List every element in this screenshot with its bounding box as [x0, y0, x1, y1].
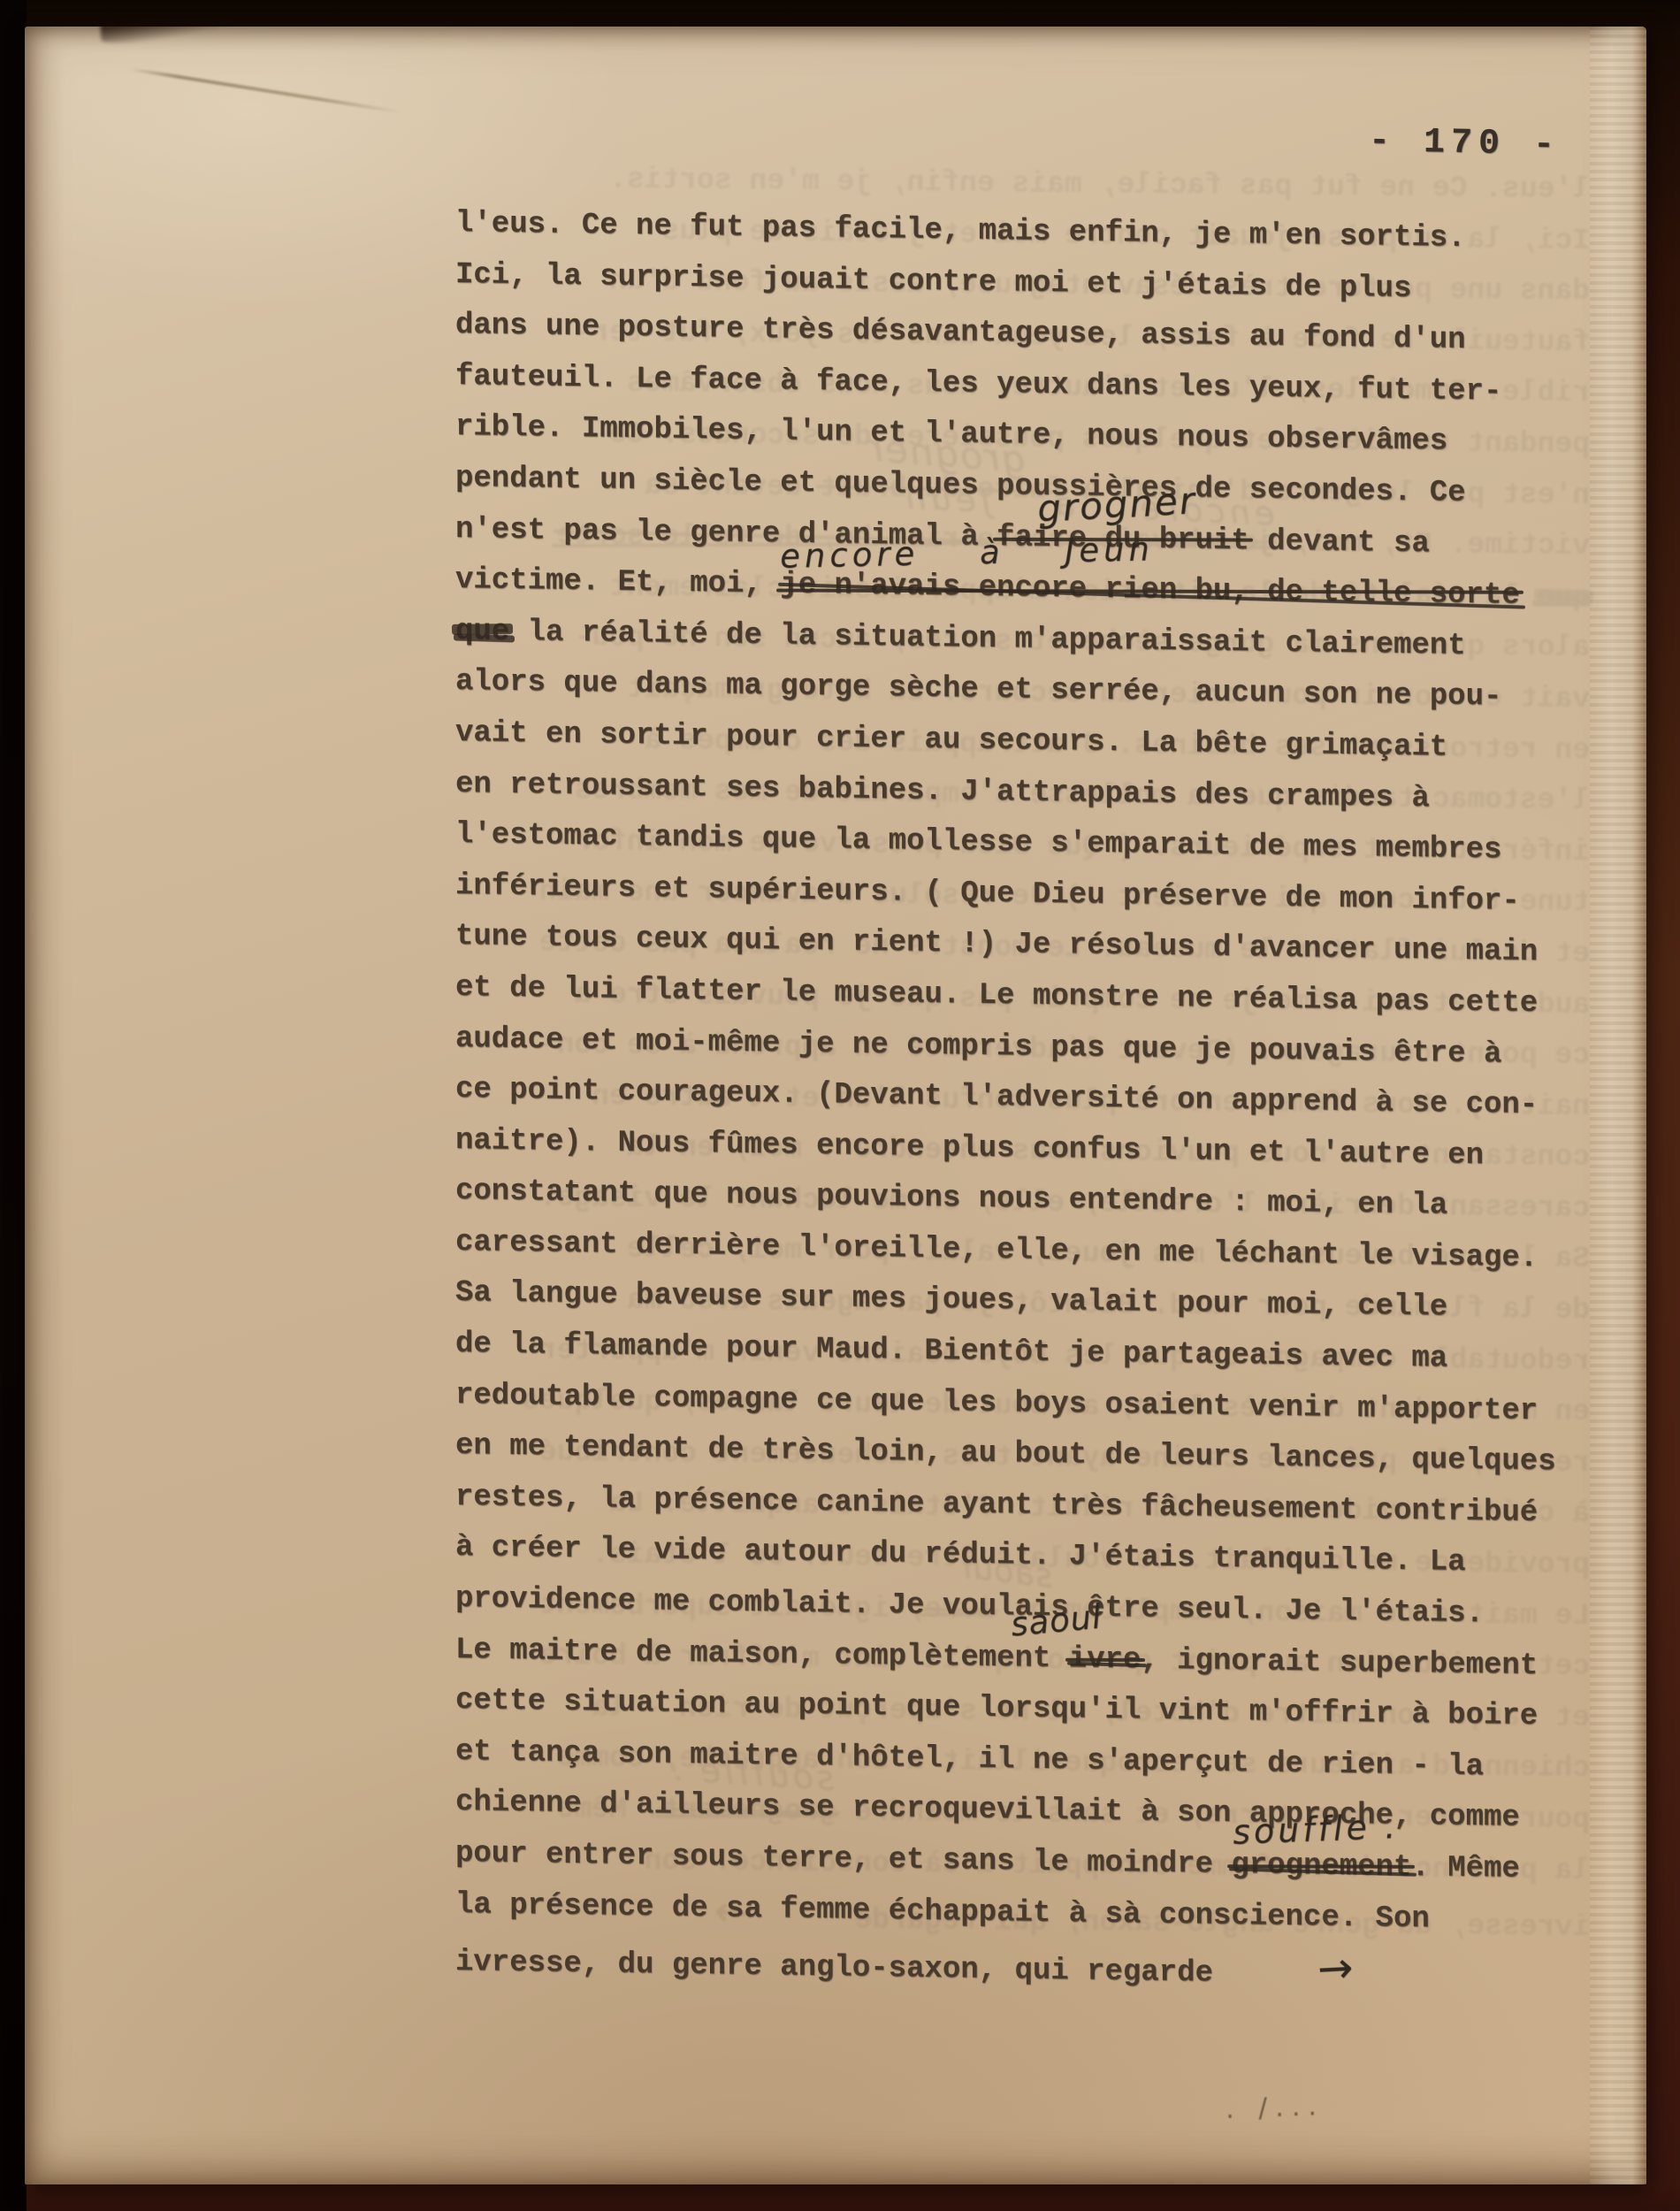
typed-text: Le maitre de maison, complètement: [455, 1633, 1069, 1676]
typed-text: et de lui flatter le museau. Le monstre …: [455, 971, 1538, 1021]
photo-background: { "manuscript": { "page_number": "- 170 …: [0, 0, 1680, 2211]
page-number: - 170 -: [1369, 122, 1562, 166]
paper-tear: [101, 18, 234, 44]
handwritten-note: souffle .: [1232, 1802, 1401, 1859]
typed-text: providence me comblait. Je voulais être …: [455, 1582, 1484, 1631]
typed-text: cette situation au point que lorsqu'il v…: [455, 1684, 1538, 1733]
typed-text: l'eus. Ce ne fut pas facile, mais enfin,…: [455, 207, 1466, 256]
typed-text: à créer le vide autour du réduit. J'étai…: [455, 1531, 1466, 1580]
typed-text-block: l'eus. Ce ne fut pas facile, mais enfin,…: [455, 199, 1605, 1999]
typed-text: de la flamande pour Maud. Bientôt je par…: [455, 1327, 1447, 1376]
typed-text: alors que dans ma gorge sèche et serrée,…: [455, 665, 1501, 715]
typed-text: . Même: [1411, 1851, 1519, 1886]
typed-text: victime. Et, moi,: [455, 563, 780, 601]
typed-text: l'estomac tandis que la mollesse s'empar…: [455, 818, 1501, 868]
typed-text: ivresse, du genre anglo-saxon, qui regar…: [455, 1946, 1213, 1991]
typed-text: constatant que nous pouvions nous entend…: [455, 1174, 1447, 1223]
continuation-mark: . /...: [1225, 2091, 1325, 2125]
manuscript-page: - 170 - l'eus. Ce ne fut pas facile, mai…: [25, 27, 1646, 2184]
handwritten-note: encore à Jeun: [779, 524, 1155, 583]
handwritten-arrow: →: [1316, 1943, 1355, 1996]
typed-text: et tança son maitre d'hôtel, il ne s'ape…: [455, 1735, 1484, 1784]
typed-text: en me tendant de très loin, au bout de l…: [455, 1429, 1556, 1479]
typed-text: vait en sortir pour crier au secours. La…: [455, 716, 1447, 765]
typed-text: la réalité de la situation m'apparaissai…: [509, 616, 1465, 663]
typed-text: redoutable compagne ce que les boys osai…: [455, 1379, 1538, 1428]
handwritten-note: saoul: [1008, 1591, 1104, 1650]
typed-text: audace et moi-même je ne compris pas que…: [455, 1022, 1501, 1072]
typed-text: rible. Immobiles, l'un et l'autre, nous …: [455, 410, 1447, 459]
typed-text: la présence de sa femme échappait à sà c…: [455, 1888, 1430, 1936]
typed-text: caressant derrière l'oreille, elle, en m…: [455, 1226, 1538, 1275]
typed-text: restes, la présence canine ayant très fâ…: [455, 1480, 1538, 1530]
paper-crease-line: [129, 67, 402, 114]
typed-text: , ignorait superbement: [1141, 1643, 1538, 1683]
typed-text: tune tous ceux qui en rient !) Je résolu…: [455, 920, 1538, 969]
edited-passage: ivresaoul: [1069, 1634, 1142, 1687]
typed-text: en retroussant ses babines. J'attrappais…: [455, 768, 1430, 815]
typed-text: pendant un siècle et quelques poussières…: [455, 462, 1466, 510]
typed-text: pour entrer sous terre, et sans le moind…: [455, 1837, 1231, 1882]
typed-text: naitre). Nous fûmes encore plus confus l…: [455, 1124, 1484, 1173]
typed-text: dans une posture très désavantageuse, as…: [455, 309, 1466, 357]
typed-text: fauteuil. Le face à face, les yeux dans …: [455, 360, 1501, 409]
struck-text: ivre: [1069, 1642, 1142, 1677]
typed-text: Sa langue baveuse sur mes joues, valait …: [455, 1276, 1447, 1325]
typed-text: l'eus. Ce ne fut pas facile, mais enfin,…: [609, 163, 1590, 206]
edited-passage: grognementsouffle .: [1231, 1840, 1411, 1894]
typed-text: ce point courageux. (Devant l'adversité …: [455, 1073, 1538, 1122]
typed-text: Ici, la surprise jouait contre moi et j'…: [455, 258, 1411, 306]
typed-text: devant sa: [1249, 524, 1430, 561]
binder-left-edge: [0, 0, 27, 2211]
struck-text: que: [455, 615, 509, 649]
typed-text: inférieurs et supérieurs. ( Que Dieu pré…: [455, 869, 1520, 919]
